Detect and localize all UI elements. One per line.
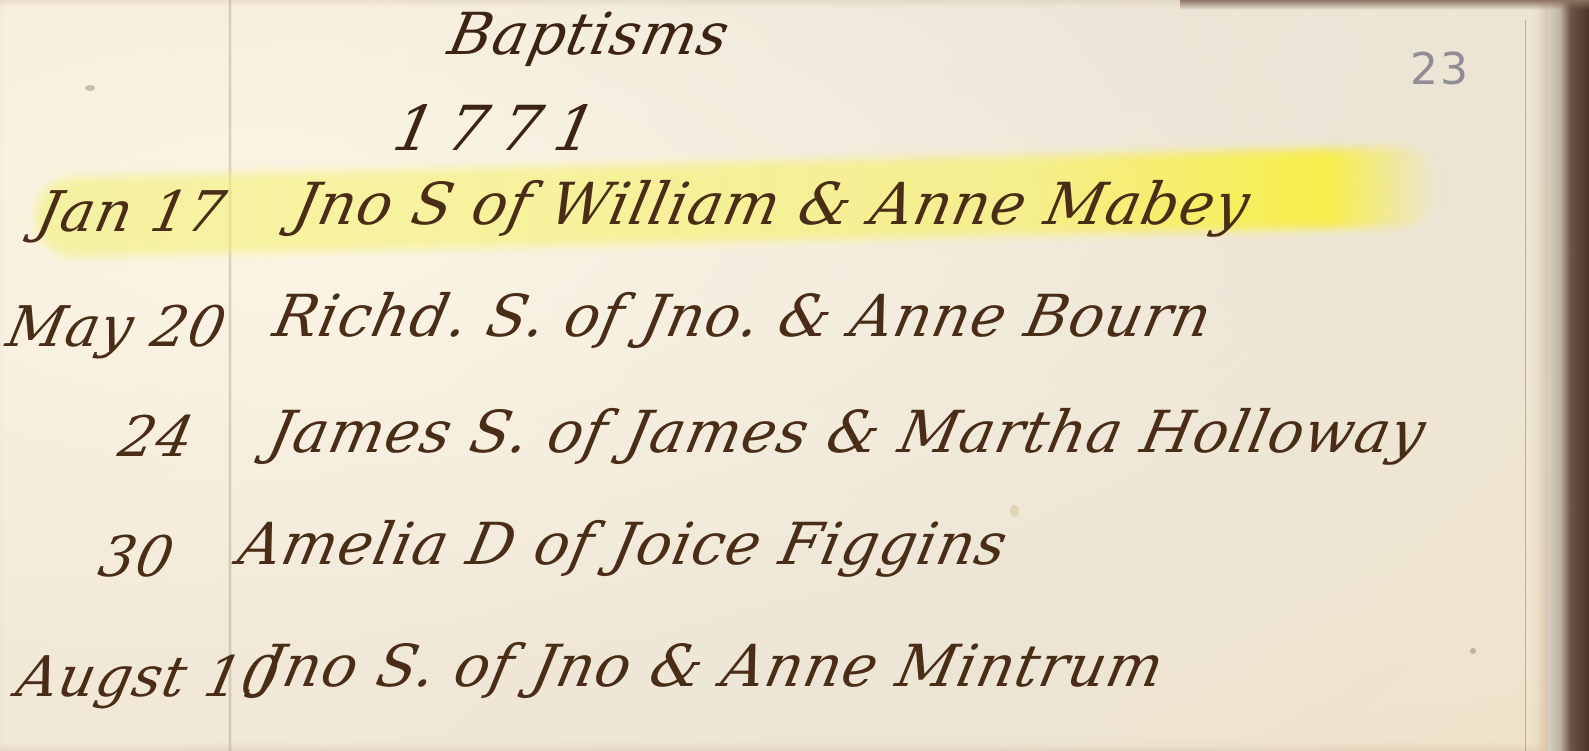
ink-speck: [1470, 648, 1476, 654]
entry-date: 30: [93, 525, 180, 590]
entry-text: James S. of James & Martha Holloway: [263, 398, 1432, 466]
book-top-edge: [1180, 0, 1589, 10]
entry-date: May 20: [1, 295, 232, 360]
register-year: 1771: [387, 92, 616, 165]
entry-text: Jno S. of Jno & Anne Mintrum: [253, 632, 1171, 700]
entry-row: Augst 10 Jno S. of Jno & Anne Mintrum: [0, 0, 1548, 100]
entry-date: 24: [113, 405, 200, 470]
entry-date: Jan 17: [31, 180, 232, 245]
entry-date: Augst 10: [11, 645, 285, 710]
book-page-edges: [1548, 0, 1589, 751]
entry-text-highlighted: Jno S of William & Anne Mabey: [288, 170, 1257, 238]
page-margin-rule: [1525, 20, 1526, 751]
register-page: Baptisms 1771 23 Jan 17 Jno S of William…: [0, 0, 1550, 751]
page-fold-line: [228, 0, 232, 751]
entry-text: Richd. S. of Jno. & Anne Bourn: [268, 282, 1219, 350]
entry-text: Amelia D of Joice Figgins: [233, 510, 1014, 578]
